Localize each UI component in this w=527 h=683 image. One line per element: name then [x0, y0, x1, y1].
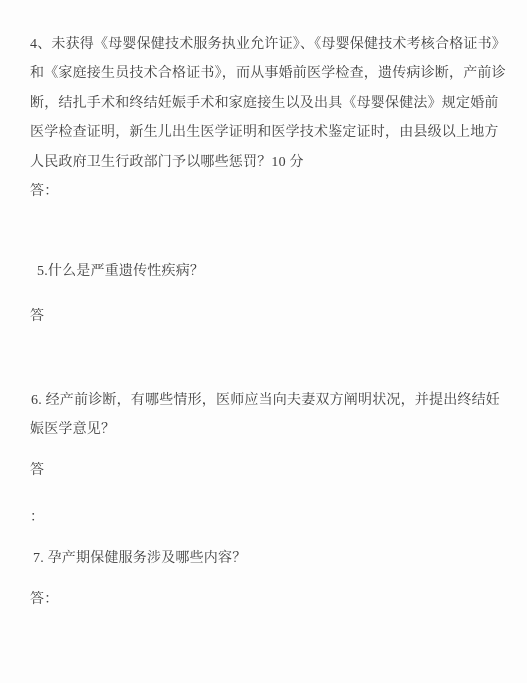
question-4-line-1: 4、未获得《母婴保健技术服务执业允许证》、《母婴保健技术考核合格证书》 [30, 37, 506, 53]
question-6-line-1: 6. 经产前诊断，有哪些情形，医师应当向夫妻双方阐明状况，并提出终结妊 [31, 393, 500, 409]
question-6-answer-label: 答 [30, 463, 44, 479]
question-6-line-2: 娠医学意见？ [30, 422, 115, 438]
question-4-line-2: 和《家庭接生员技术合格证书》，而从事婚前医学检查，遗传病诊断，产前诊 [30, 66, 506, 82]
question-4-answer-label: 答： [30, 184, 58, 200]
question-4-line-3: 断，结扎手术和终结妊娠手术和家庭接生以及出具《母婴保健法》规定婚前 [30, 96, 499, 112]
question-4-line-4: 医学检查证明，新生儿出生医学证明和医学技术鉴定证时，由县级以上地方 [30, 125, 499, 141]
question-4-line-5: 人民政府卫生行政部门予以哪些惩罚？10 分 [30, 155, 304, 171]
question-7-answer-label: 答： [30, 592, 58, 608]
question-5-line-1: 5.什么是严重遗传性疾病？ [37, 264, 204, 280]
question-7-line-1: 7. 孕产期保健服务涉及哪些内容？ [33, 551, 246, 567]
question-5-answer-label: 答 [30, 309, 44, 325]
question-6-answer-colon: ： [30, 510, 44, 526]
document-page: 4、未获得《母婴保健技术服务执业允许证》、《母婴保健技术考核合格证书》 和《家庭… [0, 0, 527, 683]
